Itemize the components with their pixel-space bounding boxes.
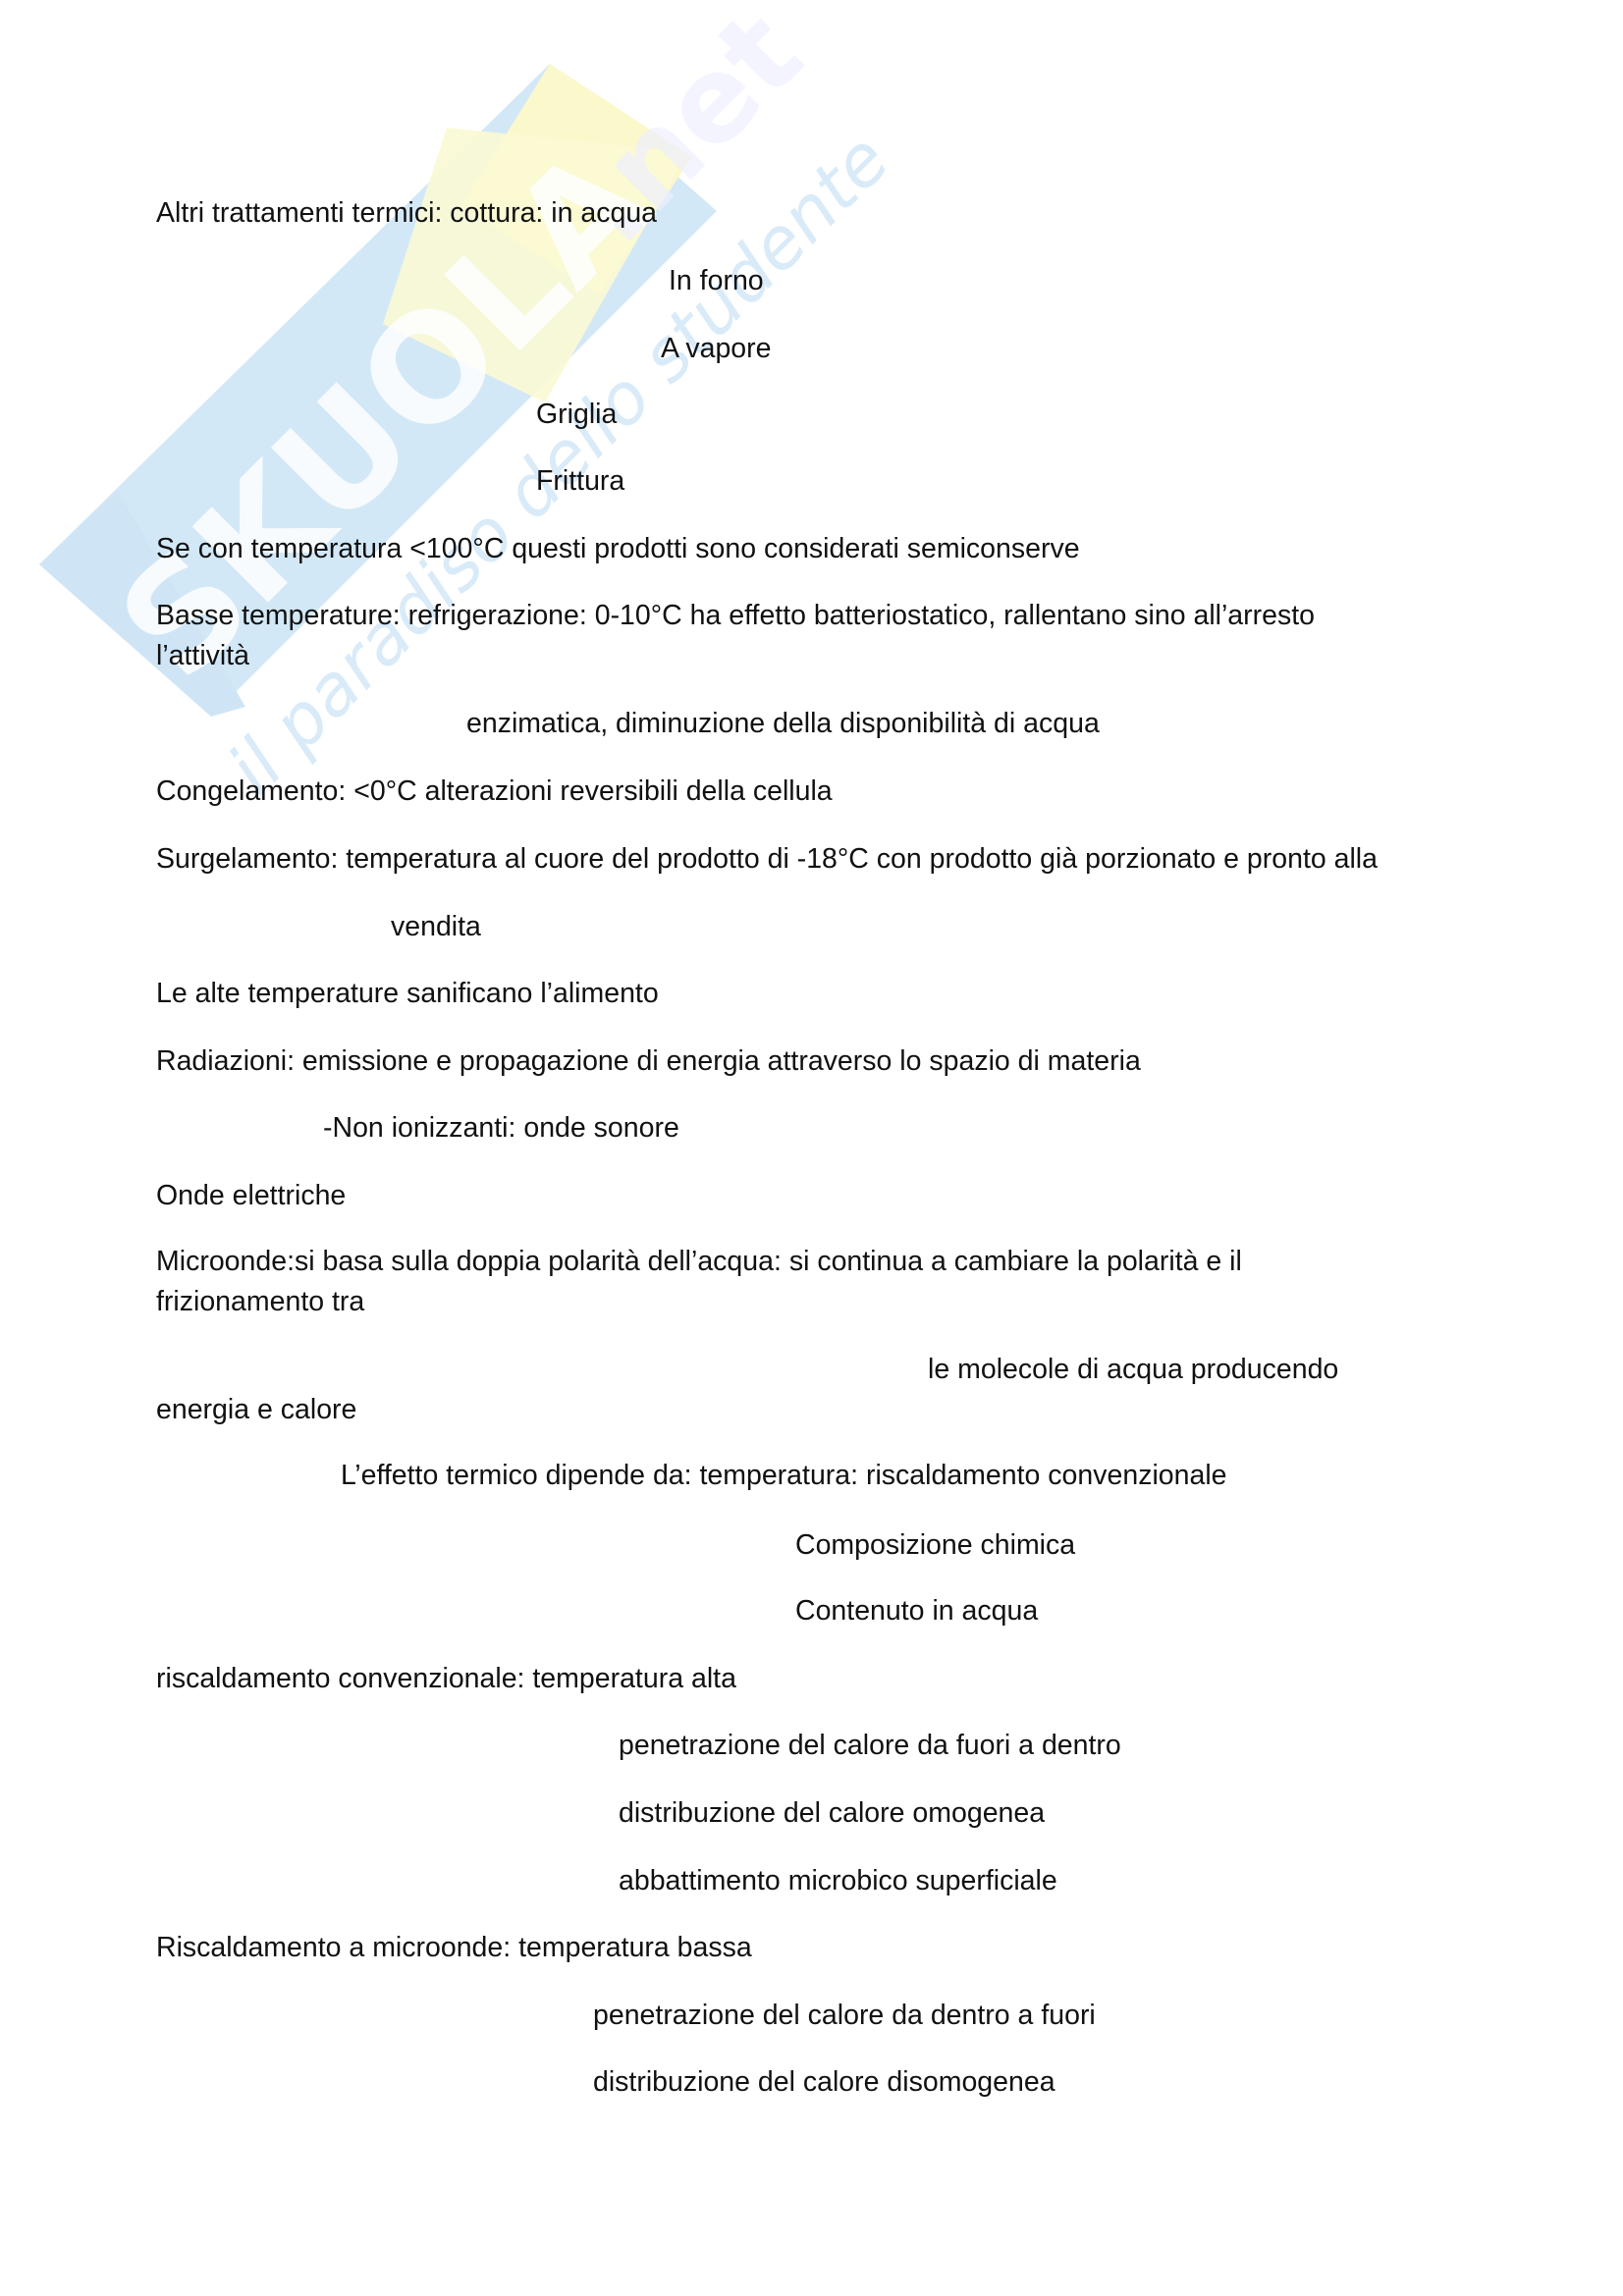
- text-line: l’attività: [156, 636, 249, 675]
- text-line: Congelamento: <0°C alterazioni reversibi…: [156, 772, 833, 811]
- text-line: Altri trattamenti termici: cottura: in a…: [156, 193, 657, 233]
- text-line: In forno: [669, 261, 764, 300]
- document-page: SKUOLA .net il paradiso dello studente A…: [0, 0, 1623, 2296]
- text-line: Se con temperatura <100°C questi prodott…: [156, 529, 1080, 568]
- text-line: penetrazione del calore da fuori a dentr…: [619, 1726, 1121, 1765]
- text-line: Surgelamento: temperatura al cuore del p…: [156, 839, 1378, 879]
- text-line: L’effetto termico dipende da: temperatur…: [341, 1456, 1227, 1495]
- text-line: frizionamento tra: [156, 1282, 364, 1321]
- text-line: Frittura: [536, 461, 624, 501]
- text-line: distribuzione del calore omogenea: [619, 1793, 1045, 1833]
- text-line: abbattimento microbico superficiale: [619, 1861, 1057, 1900]
- text-line: Basse temperature: refrigerazione: 0-10°…: [156, 596, 1315, 635]
- text-line: Microonde:si basa sulla doppia polarità …: [156, 1242, 1242, 1281]
- text-line: le molecole di acqua producendo: [928, 1350, 1338, 1389]
- text-line: -Non ionizzanti: onde sonore: [323, 1108, 679, 1148]
- text-line: vendita: [391, 907, 481, 946]
- text-line: A vapore: [661, 329, 772, 368]
- text-line: Le alte temperature sanificano l’aliment…: [156, 974, 659, 1013]
- text-line: enzimatica, diminuzione della disponibil…: [466, 704, 1100, 743]
- text-line: riscaldamento convenzionale: temperatura…: [156, 1659, 736, 1698]
- text-line: Radiazioni: emissione e propagazione di …: [156, 1041, 1141, 1081]
- text-line: penetrazione del calore da dentro a fuor…: [593, 1996, 1096, 2035]
- text-line: Onde elettriche: [156, 1176, 346, 1215]
- text-line: Riscaldamento a microonde: temperatura b…: [156, 1928, 752, 1967]
- text-line: Griglia: [536, 395, 617, 434]
- text-line: Contenuto in acqua: [795, 1591, 1038, 1630]
- text-line: energia e calore: [156, 1390, 356, 1429]
- text-line: Composizione chimica: [795, 1525, 1075, 1565]
- text-line: distribuzione del calore disomogenea: [593, 2062, 1055, 2102]
